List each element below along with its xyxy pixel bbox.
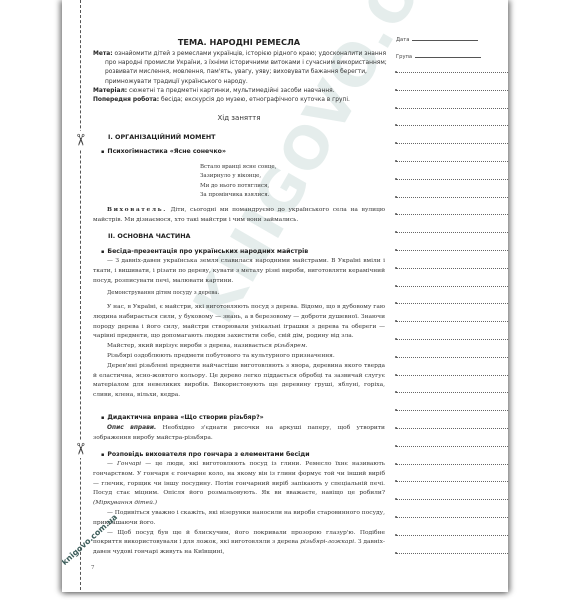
goal: Мета: ознайомити дітей з ремеслами украї… <box>93 50 393 87</box>
demo-note: Демонстрування дітям посуду з дерева. <box>107 289 399 299</box>
poem: Встало вранці ясне сонце, Зазирнуло у ві… <box>200 163 276 201</box>
teacher-label: Вихователь. <box>107 206 167 213</box>
note-line <box>396 125 508 126</box>
note-line <box>396 303 508 304</box>
note-line <box>396 232 508 233</box>
scissors-icon: ✂ <box>71 131 89 149</box>
note-line <box>396 428 508 429</box>
date-field[interactable]: Дата <box>396 37 478 43</box>
note-line <box>396 446 508 447</box>
poem-line: Ми до нього потяглися, <box>200 182 276 191</box>
term: Гончарі <box>117 461 141 467</box>
paragraph: У нас, в Україні, є майстри, які виготов… <box>93 303 385 401</box>
note-line <box>396 108 508 109</box>
document-page: KNIGOVO.ORG.UA ✂ ✂ ТЕМА. НАРОДНІ РЕМЕСЛА… <box>62 0 508 592</box>
section-heading: І. ОРГАНІЗАЦІЙНИЙ МОМЕНТ <box>108 133 216 141</box>
note-line <box>396 321 508 322</box>
group-field[interactable]: Група <box>396 54 481 60</box>
poem-line: Встало вранці ясне сонце, <box>200 163 276 172</box>
cut-line <box>80 0 81 592</box>
paragraph: — З давніх-давен українська земля славил… <box>93 257 385 286</box>
paragraph-text: — З давніх-давен українська земля славил… <box>93 257 385 286</box>
paragraph-text: Дерев'яні різьблені предмети найчастіше … <box>93 362 385 401</box>
note-line <box>396 392 508 393</box>
note-line <box>396 375 508 376</box>
exercise-label: Опис вправи. <box>107 425 156 431</box>
note-line <box>396 143 508 144</box>
note-line <box>396 410 508 411</box>
note-line <box>396 179 508 180</box>
activity-heading: Дидактична вправа «Що створив різьбяр?» <box>101 414 264 421</box>
paragraph-text: — Подивіться уважно і скажіть, які візер… <box>93 509 385 529</box>
note-line <box>396 286 508 287</box>
note-line <box>396 214 508 215</box>
activity-heading: Бесіда-презентація про українських народ… <box>101 248 308 255</box>
prep-text: бесіда; екскурсія до музею, етнографічно… <box>161 97 350 103</box>
group-label: Група <box>396 54 412 60</box>
note-line <box>396 197 508 198</box>
teacher-paragraph: Вихователь. Діти, сьогодні ми помандруєм… <box>93 205 385 226</box>
note-line <box>396 90 508 91</box>
paragraph-text: Різьбярі оздоблюють предмети побутового … <box>93 352 385 362</box>
material-label: Матеріал: <box>93 88 127 94</box>
material-text: сюжетні та предметні картинки, мультимед… <box>129 88 335 94</box>
poem-line: Зазирнуло у віконце, <box>200 172 276 181</box>
paragraph-text: Майстер, який вирізує вироби з дерева, н… <box>93 342 385 352</box>
note-line <box>396 268 508 269</box>
scissors-icon: ✂ <box>71 440 89 458</box>
term: різьбярі-ложкарі. <box>300 539 356 545</box>
preparation: Попередня робота: бесіда; екскурсія до м… <box>93 96 393 105</box>
note-line <box>396 161 508 162</box>
goal-label: Мета: <box>93 51 113 57</box>
goal-text: ознайомити дітей з ремеслами українців, … <box>105 51 387 85</box>
date-label: Дата <box>396 37 409 43</box>
note-line <box>396 357 508 358</box>
note-line <box>396 499 508 500</box>
activity-heading: Психогімнастика «Ясне сонечко» <box>101 148 226 155</box>
note: (Міркування дітей.) <box>93 500 157 506</box>
page-title: ТЕМА. НАРОДНІ РЕМЕСЛА <box>93 37 385 47</box>
exercise-paragraph: Опис вправи. Необхідно з'єднати рисочки … <box>93 424 385 444</box>
paragraph-text: У нас, в Україні, є майстри, які виготов… <box>93 303 385 342</box>
note-line <box>396 481 508 482</box>
paragraph: — Гончарі — це люди, які виготовляють по… <box>93 460 385 558</box>
term: різьбярем. <box>274 343 308 349</box>
activity-heading: Розповідь вихователя про гончара з елеме… <box>101 451 310 458</box>
note-line <box>396 250 508 251</box>
section-heading: ІІ. ОСНОВНА ЧАСТИНА <box>108 232 191 240</box>
prep-label: Попередня робота: <box>93 97 159 103</box>
note-line <box>396 553 508 554</box>
text: Майстер, який вирізує вироби з дерева, н… <box>107 343 272 349</box>
poem-line: За промінчика взялися. <box>200 191 276 200</box>
text: — <box>107 461 113 467</box>
material: Матеріал: сюжетні та предметні картинки,… <box>93 87 393 96</box>
lesson-heading: Хід заняття <box>93 114 385 122</box>
note-line <box>396 339 508 340</box>
lesson-meta: Мета: ознайомити дітей з ремеслами украї… <box>93 50 393 105</box>
note-line <box>396 72 508 73</box>
note-line <box>396 535 508 536</box>
note-line <box>396 464 508 465</box>
note-line <box>396 517 508 518</box>
page-number: 7 <box>91 565 95 571</box>
